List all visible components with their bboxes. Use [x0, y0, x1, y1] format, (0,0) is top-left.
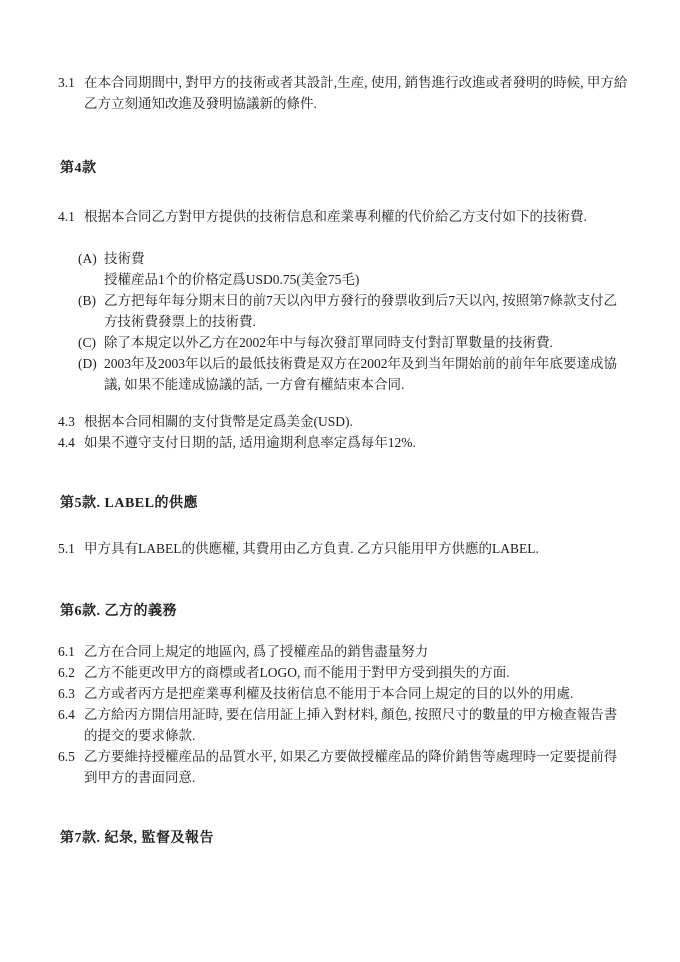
lettered-list: (A) 技術費 授權産品1个的价格定爲USD0.75(美金75毛) (B) 乙方…: [58, 248, 628, 395]
letter-text: 乙方把每年每分期末日的前7天以內甲方發行的發票收到后7天以內, 按照第7條款支付…: [104, 290, 628, 332]
clause-4-1: 4.1 根据本合同乙方對甲方提供的技術信息和産業專利權的代价給乙方支付如下的技術…: [58, 206, 628, 227]
clause-text: 如果不遵守支付日期的話, 适用逾期利息率定爲每年12%.: [84, 432, 628, 453]
clause-text: 在本合同期間中, 對甲方的技術或者其設計,生産, 使用, 銷售進行改進或者發明的…: [84, 72, 628, 114]
clause-number: 4.4: [58, 432, 84, 453]
clause-number: 4.3: [58, 411, 84, 432]
clause-text: 乙方在合同上規定的地區內, 爲了授權産品的銷售盡量努力: [84, 641, 628, 662]
clause-6-5: 6.5 乙方要維持授權産品的品質水平, 如果乙方要做授權産品的降价銷售等處理時一…: [58, 746, 628, 788]
section-heading-5: 第5款. LABEL的供應: [58, 493, 628, 514]
clause-number: 3.1: [58, 72, 84, 93]
section-heading-6: 第6款. 乙方的義務: [58, 601, 628, 622]
letter-text: 2003年及2003年以后的最低技術費是双方在2002年及到当年開始前的前年年底…: [104, 353, 628, 395]
letter-text: 技術費 授權産品1个的价格定爲USD0.75(美金75毛): [104, 248, 628, 290]
letter-text: 除了本規定以外乙方在2002年中与每次發訂單同時支付對訂單數量的技術費.: [104, 332, 628, 353]
clause-text: 根据本合同乙方對甲方提供的技術信息和産業專利權的代价給乙方支付如下的技術費.: [84, 206, 628, 227]
letter-item-c: (C) 除了本規定以外乙方在2002年中与每次發訂單同時支付對訂單數量的技術費.: [78, 332, 628, 353]
clause-6-2: 6.2 乙方不能更改甲方的商標或者LOGO, 而不能用于對甲方受到損失的方面.: [58, 662, 628, 683]
clause-3-1: 3.1 在本合同期間中, 對甲方的技術或者其設計,生産, 使用, 銷售進行改進或…: [58, 72, 628, 114]
letter-item-d: (D) 2003年及2003年以后的最低技術費是双方在2002年及到当年開始前的…: [78, 353, 628, 395]
clause-text: 乙方給丙方開信用証時, 要在信用証上挿入對材料, 顏色, 按照尺寸的數量的甲方檢…: [84, 704, 628, 746]
clause-text: 乙方要維持授權産品的品質水平, 如果乙方要做授權産品的降价銷售等處理時一定要提前…: [84, 746, 628, 788]
letter-label: (C): [78, 332, 104, 353]
clause-number: 6.3: [58, 683, 84, 704]
clause-text: 甲方具有LABEL的供應權, 其費用由乙方負責. 乙方只能用甲方供應的LABEL…: [84, 538, 628, 559]
clause-4-4: 4.4 如果不遵守支付日期的話, 适用逾期利息率定爲每年12%.: [58, 432, 628, 453]
clause-number: 6.1: [58, 641, 84, 662]
contract-document-page: 3.1 在本合同期間中, 對甲方的技術或者其設計,生産, 使用, 銷售進行改進或…: [0, 0, 680, 962]
letter-label: (B): [78, 290, 104, 311]
clause-text: 乙方不能更改甲方的商標或者LOGO, 而不能用于對甲方受到損失的方面.: [84, 662, 628, 683]
clause-number: 5.1: [58, 538, 84, 559]
clause-number: 6.2: [58, 662, 84, 683]
clause-4-3: 4.3 根据本合同相關的支付貨幣是定爲美金(USD).: [58, 411, 628, 432]
clause-number: 6.5: [58, 746, 84, 767]
letter-item-b: (B) 乙方把每年每分期末日的前7天以內甲方發行的發票收到后7天以內, 按照第7…: [78, 290, 628, 332]
clause-text: 乙方或者丙方是把産業專利權及技術信息不能用于本合同上規定的目的以外的用處.: [84, 683, 628, 704]
section-heading-4: 第4款: [58, 158, 628, 179]
letter-label: (A): [78, 248, 104, 269]
clause-6-4: 6.4 乙方給丙方開信用証時, 要在信用証上挿入對材料, 顏色, 按照尺寸的數量…: [58, 704, 628, 746]
clause-6-1: 6.1 乙方在合同上規定的地區內, 爲了授權産品的銷售盡量努力: [58, 641, 628, 662]
section-heading-7: 第7款. 紀彔, 監督及報告: [58, 828, 628, 849]
clause-6-3: 6.3 乙方或者丙方是把産業專利權及技術信息不能用于本合同上規定的目的以外的用處…: [58, 683, 628, 704]
letter-text-subline: 授權産品1个的价格定爲USD0.75(美金75毛): [104, 269, 628, 290]
clause-5-1: 5.1 甲方具有LABEL的供應權, 其費用由乙方負責. 乙方只能用甲方供應的L…: [58, 538, 628, 559]
clause-number: 4.1: [58, 206, 84, 227]
letter-label: (D): [78, 353, 104, 374]
clause-text: 根据本合同相關的支付貨幣是定爲美金(USD).: [84, 411, 628, 432]
letter-item-a: (A) 技術費 授權産品1个的价格定爲USD0.75(美金75毛): [78, 248, 628, 290]
clause-number: 6.4: [58, 704, 84, 725]
letter-text-line: 技術費: [104, 251, 145, 266]
